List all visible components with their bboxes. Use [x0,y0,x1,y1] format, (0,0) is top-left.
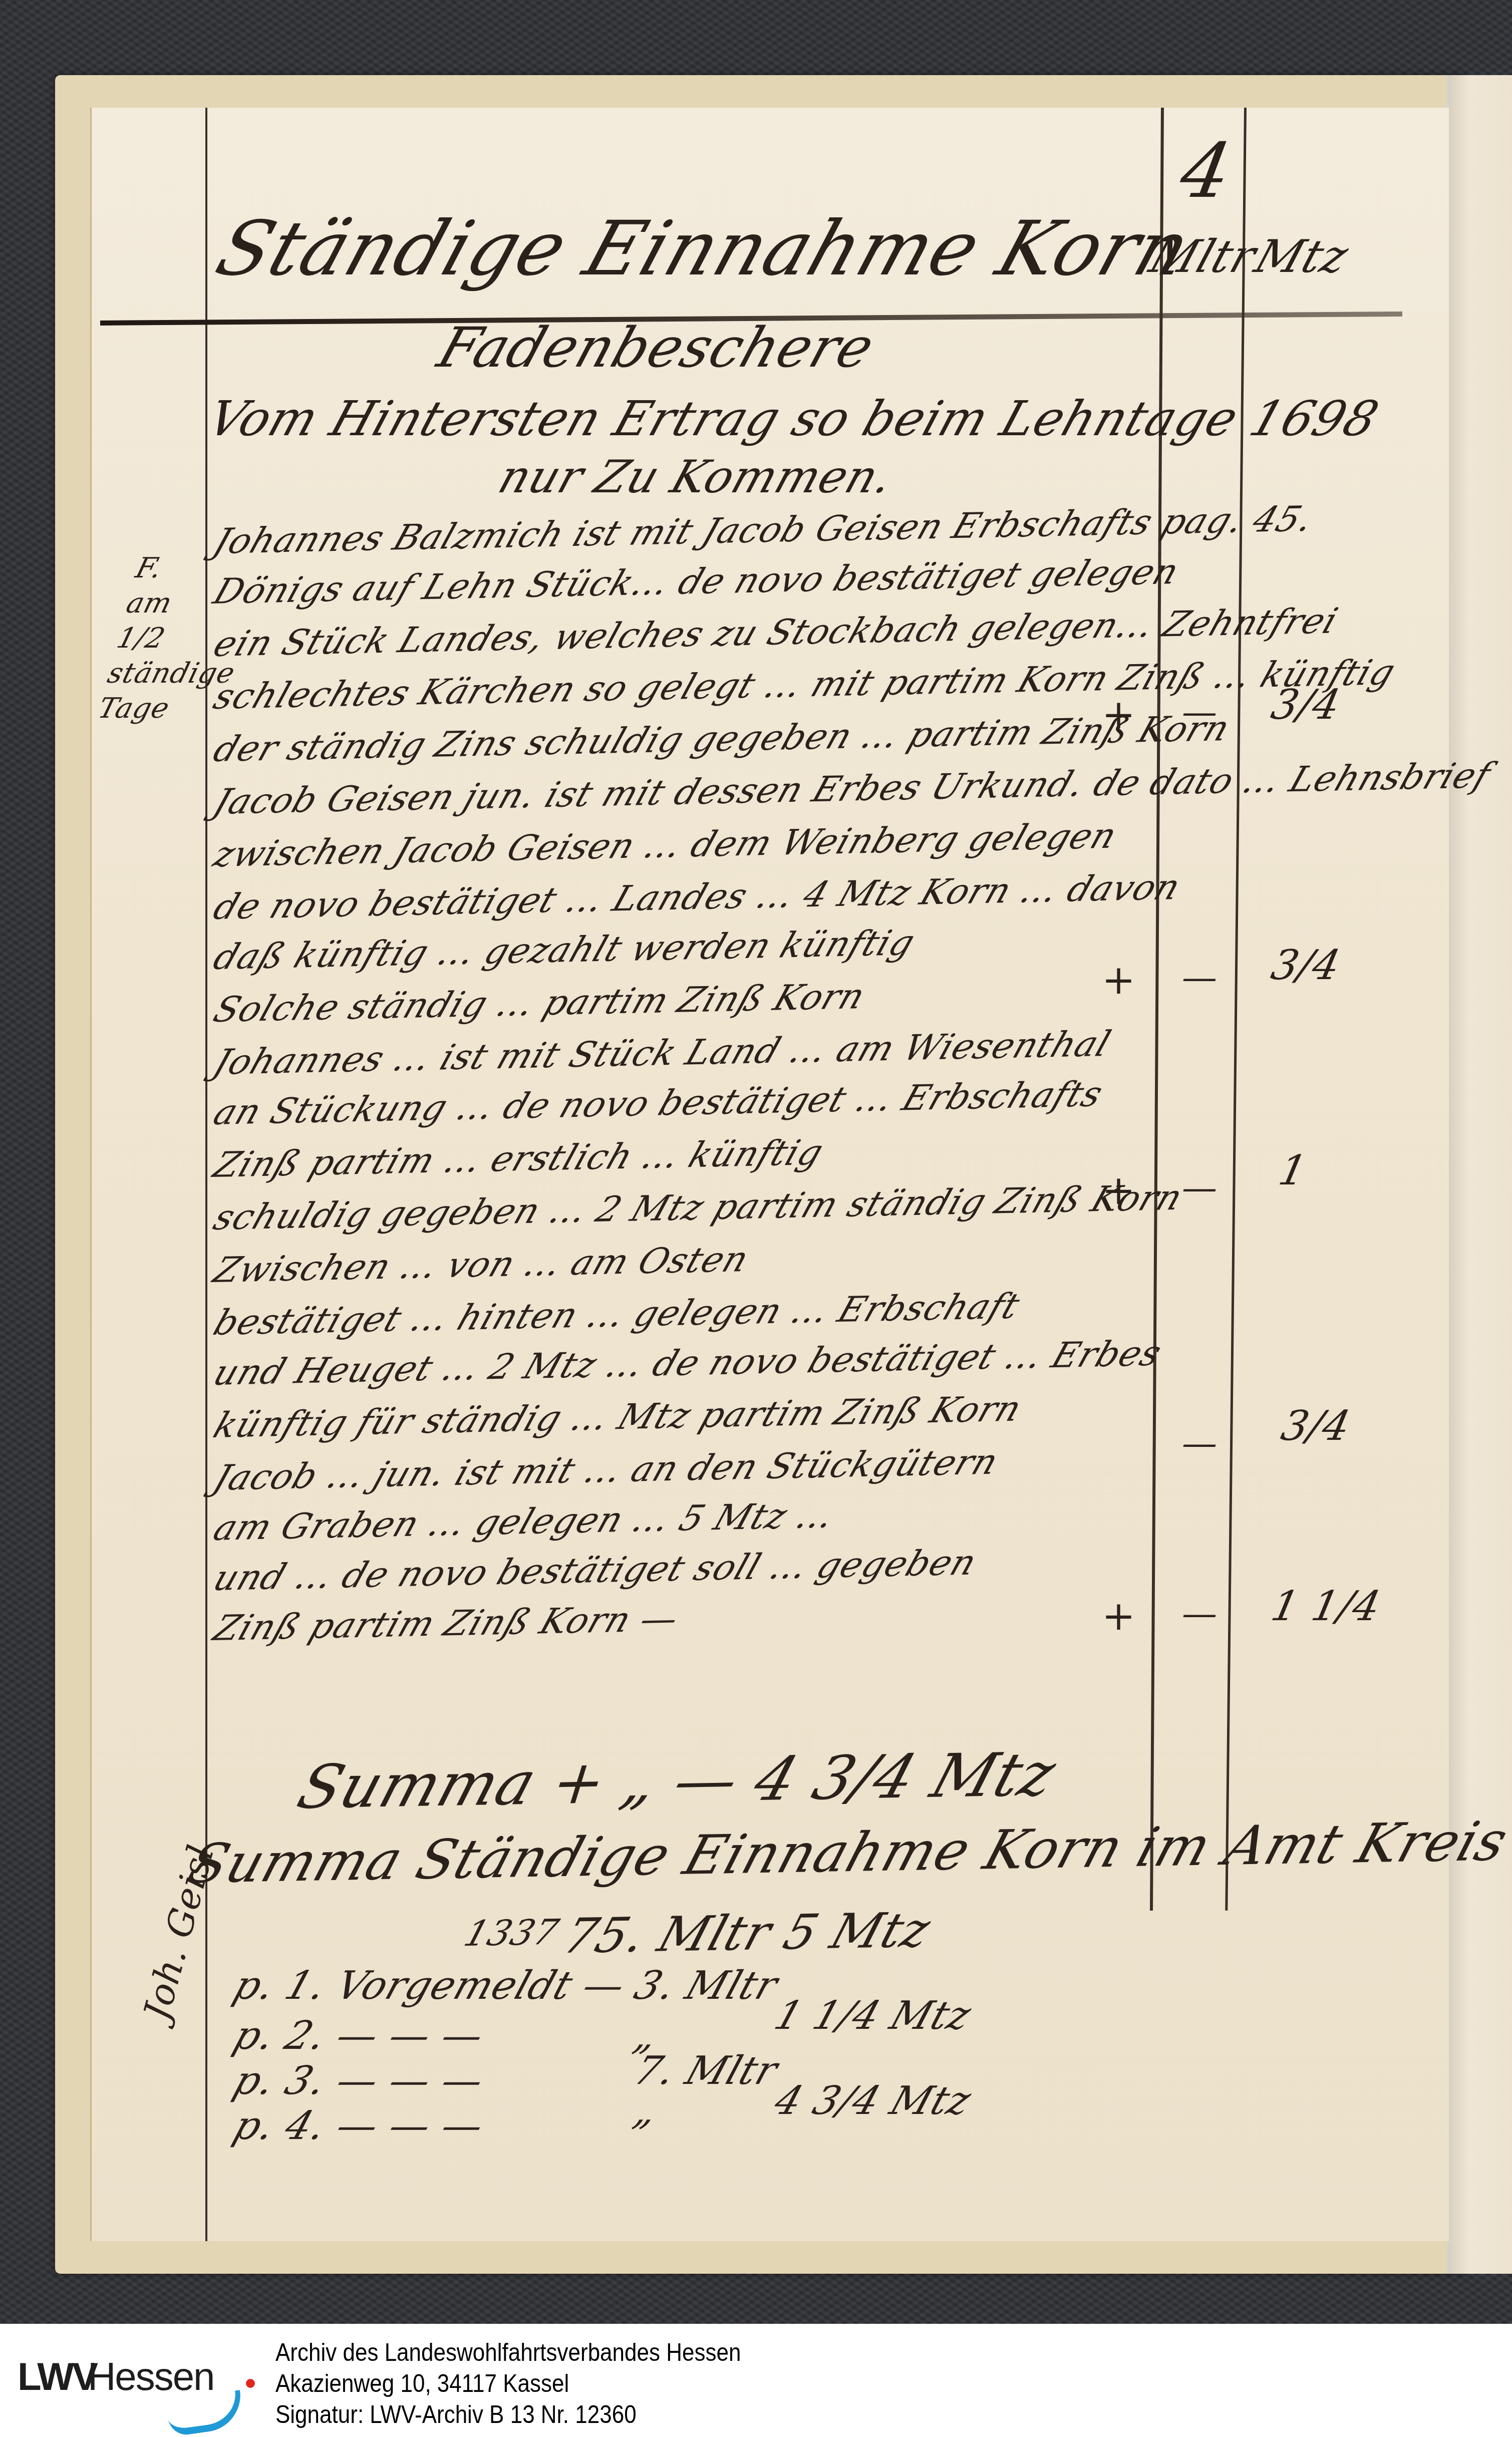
breakdown-label: p. 3. — — — [228,2058,490,2103]
breakdown-extra: 4 3/4 Mtz [769,2078,977,2123]
amount-value: 3/4 [1277,1402,1355,1450]
dash-mark: — [1182,1422,1218,1463]
logo-text-thin: Hessen [88,2354,214,2399]
subheading-2: nur Zu Kommen. [492,451,900,503]
section-heading: Fadenbeschere [430,316,882,380]
archive-signature: Signatur: LWV-Archiv B 13 Nr. 12360 [275,2400,637,2429]
plus-mark: + [1102,1167,1136,1213]
amount-value: 3/4 [1267,942,1345,989]
dash-mark: — [1182,691,1218,732]
logo-dot-icon [246,2379,255,2388]
archive-name: Archiv des Landeswohlfahrtsverbandes Hes… [275,2338,741,2367]
plus-mark: + [1102,957,1136,1003]
dash-mark: — [1182,1167,1218,1208]
summa-total-note: 1337 [459,1912,563,1954]
breakdown-label: p. 4. — — — [228,2103,490,2149]
unit-column-header: Mltr [1143,230,1263,283]
logo-text-bold: LWV [18,2354,96,2399]
summa-total-value: 75. Mltr 5 Mtz [557,1902,938,1964]
amount-value: 3/4 [1267,681,1345,729]
archive-address: Akazienweg 10, 34117 Kassel [275,2369,569,2398]
breakdown-label: p. 2. — — — [228,2013,490,2058]
page-title: Ständige Einnahme Korn [206,205,1201,292]
breakdown-label: p. 1. Vorgemeldt — [228,1963,631,2008]
plus-mark: + [1102,691,1136,738]
breakdown-value: 7. Mltr [629,2048,783,2093]
dash-mark: — [1182,957,1218,998]
breakdown-value: 3. Mltr [629,1963,783,2008]
unit-column-header-2: Mtz [1249,230,1355,283]
plus-mark: + [1102,1593,1136,1639]
lwv-hessen-logo: LWV Hessen [18,2354,258,2429]
dash-mark: — [1182,1593,1218,1634]
subheading: Vom Hintersten Ertrag so beim Lehntage 1… [201,391,1386,447]
breakdown-extra: 1 1/4 Mtz [769,1993,977,2038]
adjacent-page-edge [1447,75,1512,2274]
amount-value: 1 1/4 [1267,1583,1385,1630]
summa-line: Summa + „ — 4 3/4 Mtz [290,1740,1064,1822]
